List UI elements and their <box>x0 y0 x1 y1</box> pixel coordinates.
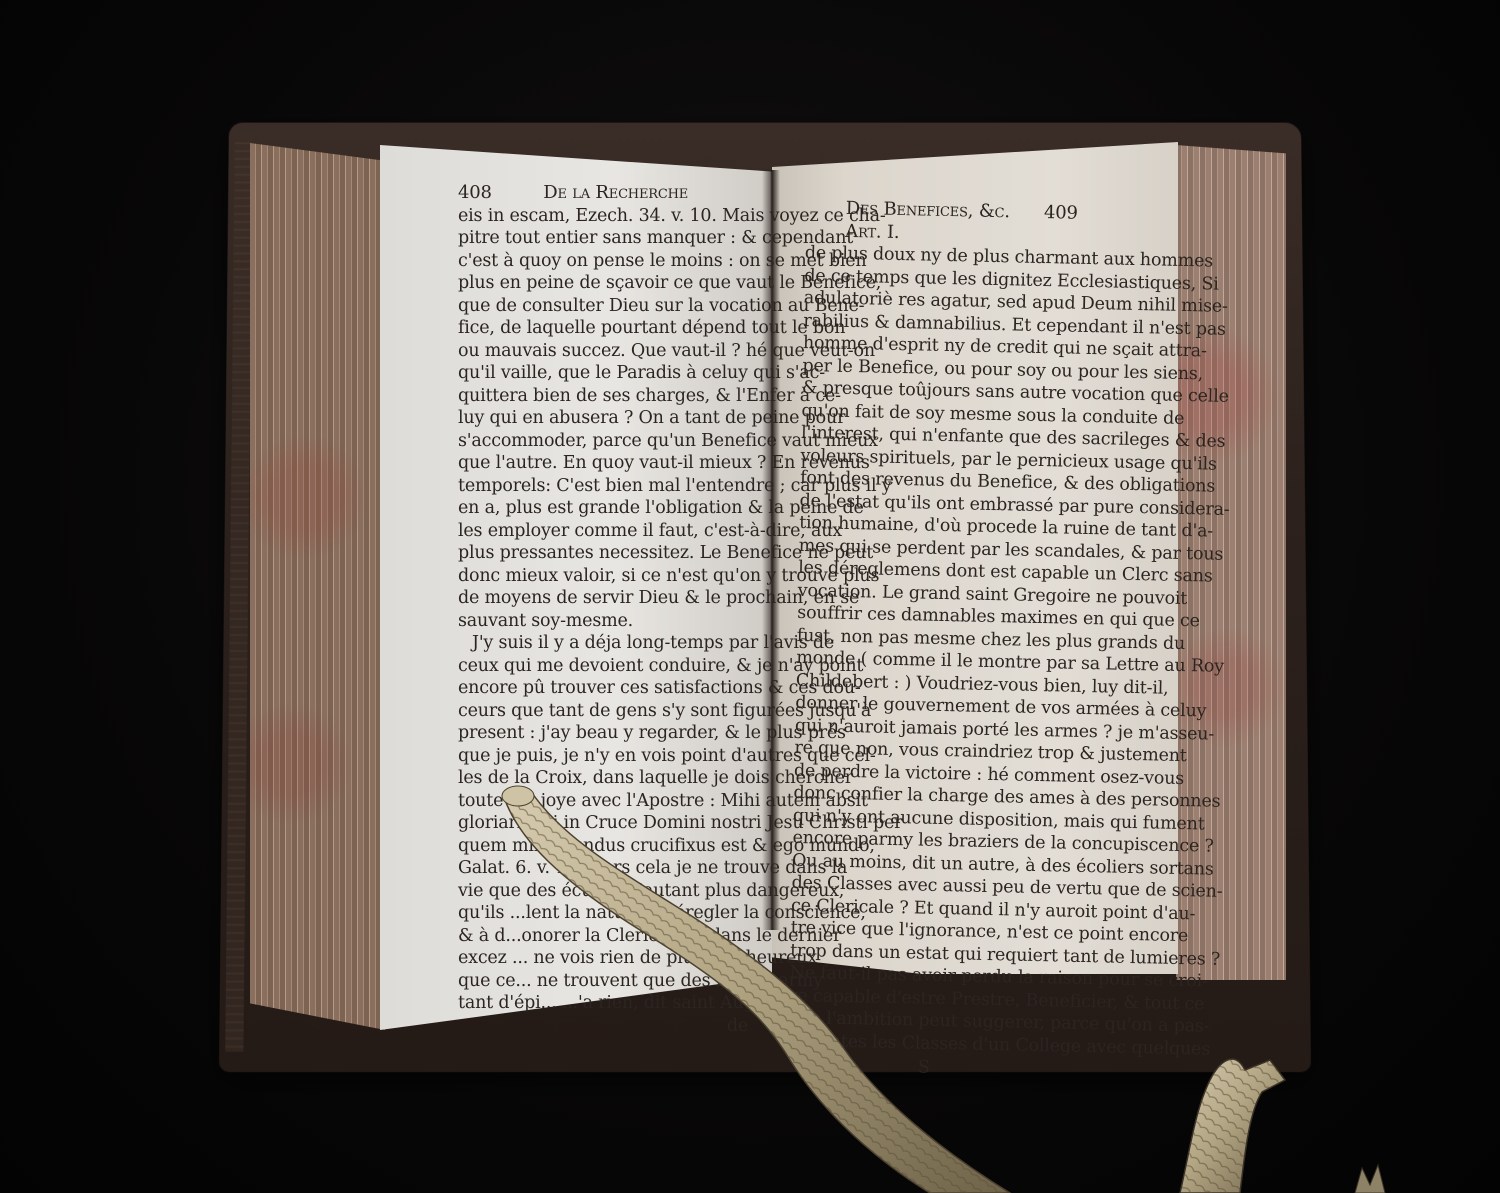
signature-mark: S <box>788 1054 1060 1082</box>
text-line: ceux qui me devoient conduire, & je n'ay… <box>458 655 748 678</box>
left-page-edges <box>250 143 385 1030</box>
left-running-head: 408 De la Recherche <box>458 182 748 205</box>
right-page-lines: de plus doux ny de plus charmant aux hom… <box>788 242 1077 1058</box>
right-header-title: Des Benefices, &c. Art. I. <box>845 198 1044 247</box>
text-line: quittera bien de ses charges, & l'Enfer … <box>458 385 748 408</box>
photo-scene: 408 De la Recherche eis in escam, Ezech.… <box>0 0 1500 1193</box>
left-page-number: 408 <box>458 182 492 205</box>
text-line: c'est à quoy on pense le moins : on se m… <box>458 250 748 273</box>
text-line: qu'il vaille, que le Paradis à celuy qui… <box>458 362 748 385</box>
text-line: que ce... ne trouvent que des roses parm… <box>458 970 748 993</box>
text-line: excez ... ne vois rien de plus mal-heure… <box>458 947 748 970</box>
right-page-text: Des Benefices, &c. Art. I. 409 de plus d… <box>788 197 1078 1082</box>
text-line: qu'ils ...lent la nature à déregler la c… <box>458 902 748 925</box>
left-page-lines: eis in escam, Ezech. 34. v. 10. Mais voy… <box>458 205 748 1038</box>
text-line: que je puis, je n'y en vois point d'autr… <box>458 745 748 768</box>
text-line: toute ma joye avec l'Apostre : Mihi aute… <box>458 790 748 813</box>
text-line: J'y suis il y a déja long-temps par l'av… <box>458 632 748 655</box>
text-line: & à d...onorer la Clericature dans le de… <box>458 925 748 948</box>
text-line: temporels: C'est bien mal l'entendre ; c… <box>458 475 748 498</box>
tail-spikes <box>1355 1165 1385 1193</box>
text-line: s'accommoder, parce qu'un Benefice vaut … <box>458 430 748 453</box>
text-line: gloriari nisi in Cruce Domini nostri Jes… <box>458 812 748 835</box>
text-line: eis in escam, Ezech. 34. v. 10. Mais voy… <box>458 205 748 228</box>
lizard-leg-and-claws <box>1180 1059 1385 1193</box>
text-line: les employer comme il faut, c'est-à-dire… <box>458 520 748 543</box>
text-line: quem mihi mundus crucifixus est & ego mu… <box>458 835 748 858</box>
text-line: Galat. 6. v. 14. Hors cela je ne trouve … <box>458 857 748 880</box>
text-line: encore pû trouver ces satisfactions & ce… <box>458 677 748 700</box>
left-header-title: De la Recherche <box>543 182 688 205</box>
text-line: plus en peine de sçavoir ce que vaut le … <box>458 272 748 295</box>
text-line: donc mieux valoir, si ce n'est qu'on y t… <box>458 565 748 588</box>
text-line: ou mauvais succez. Que vaut-il ? hé que … <box>458 340 748 363</box>
text-line: en a, plus est grande l'obligation & la … <box>458 497 748 520</box>
text-line: que l'autre. En quoy vaut-il mieux ? En … <box>458 452 748 475</box>
text-line: que de consulter Dieu sur la vocation au… <box>458 295 748 318</box>
text-line: present : j'ay beau y regarder, & le plu… <box>458 722 748 745</box>
right-page-number: 409 <box>1043 202 1078 248</box>
left-page-text: 408 De la Recherche eis in escam, Ezech.… <box>458 182 748 1037</box>
text-line: luy qui en abusera ? On a tant de peine … <box>458 407 748 430</box>
text-line: plus pressantes necessitez. Le Benefice … <box>458 542 748 565</box>
text-line: de moyens de servir Dieu & le prochain, … <box>458 587 748 610</box>
text-line: tant d'épi... ...'a rien, dit saint Augu… <box>458 992 748 1015</box>
text-line: sauvant soy-mesme. <box>458 610 748 633</box>
right-running-head: Des Benefices, &c. Art. I. 409 <box>805 197 1078 248</box>
text-line: ceurs que tant de gens s'y sont figurées… <box>458 700 748 723</box>
text-line: de <box>458 1015 748 1038</box>
text-line: fice, de laquelle pourtant dépend tout l… <box>458 317 748 340</box>
text-line: pitre tout entier sans manquer : & cepen… <box>458 227 748 250</box>
text-line: vie que des écüeils d'autant plus danger… <box>458 880 748 903</box>
text-line: les de la Croix, dans laquelle je dois c… <box>458 767 748 790</box>
